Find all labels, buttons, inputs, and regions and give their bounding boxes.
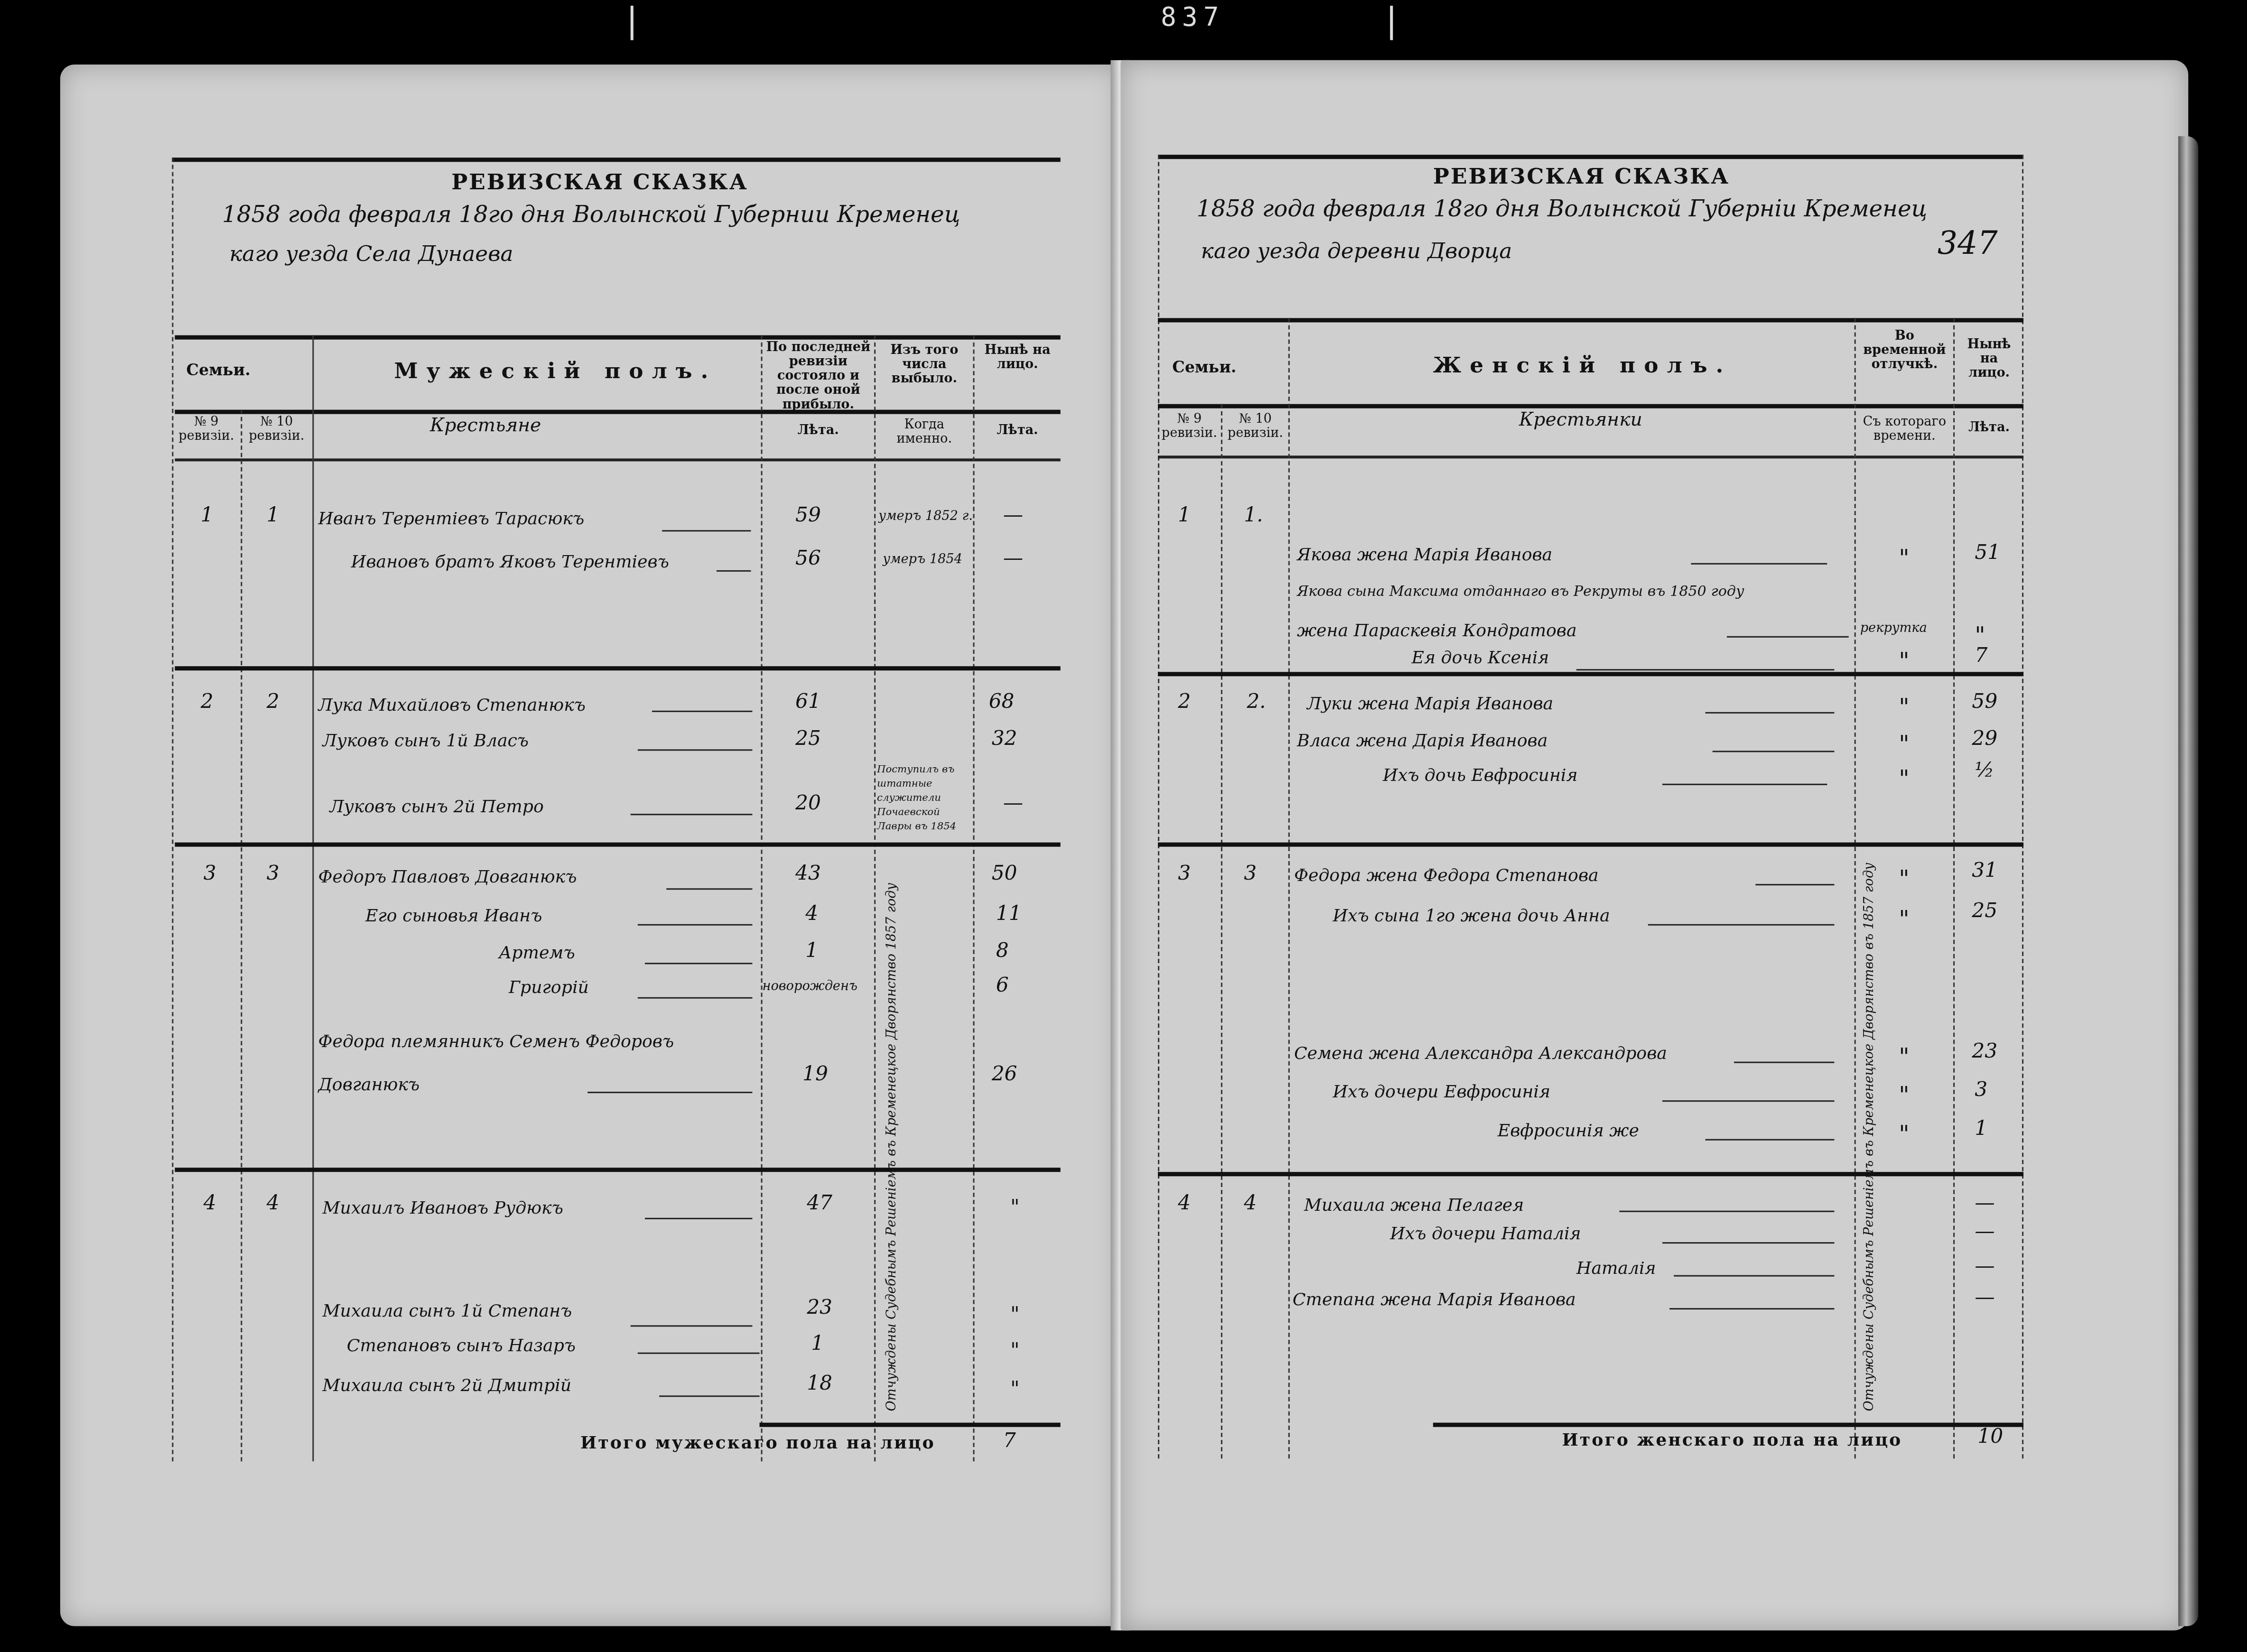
person-name: Якова жена Марія Иванова [1297,545,1552,565]
filler-dash [1669,1308,1834,1309]
filler-dash [1619,1211,1834,1212]
rev9-number: 3 [204,863,216,885]
person-name: жена Параскевія Кондратова [1297,621,1577,640]
age-last: 1 [811,1332,824,1355]
person-name: Михаила сынъ 2й Дмитрій [322,1375,571,1395]
rule [1158,404,2023,408]
rev10-number: 2. [1247,691,1266,714]
frame-line [2022,155,2023,1458]
absence-mark: " [1899,906,1909,933]
family-divider [175,1168,1060,1172]
rev10-number: 1. [1244,504,1263,527]
person-name: Михаила сынъ 1й Степанъ [322,1301,572,1321]
age-last: 20 [795,792,821,815]
age-last: 19 [802,1063,828,1086]
page-edge [2178,136,2198,1626]
filler-dash [717,570,751,572]
age-last: 43 [795,863,821,885]
filler-dash [666,888,752,890]
age-last: 59 [795,504,821,527]
filler-dash [638,997,753,999]
filler-dash [662,530,751,531]
rev10-number: 2 [267,691,280,714]
age-now: — [1975,1255,1995,1278]
col-line [1855,318,1856,1458]
person-name: Якова сына Максима отданнаго въ Рекруты … [1297,585,1744,600]
document-scan: 837 РЕВИЗСКАЯ СКАЗКА 1858 года февраля 1… [0,0,2247,1652]
form-title: РЕВИЗСКАЯ СКАЗКА [1433,163,1730,189]
total-value: 7 [1003,1430,1016,1453]
col-rev10: № 10 ревизіи. [1225,413,1286,441]
filler-dash [638,924,753,926]
filler-dash [631,1325,753,1327]
frame-line [1158,155,1159,1458]
filler-dash [1713,751,1835,752]
person-name: Его сыновья Иванъ [365,906,542,926]
person-name: Григорій [509,977,589,997]
estate-label: Крестьянки [1519,410,1642,431]
col-line [312,335,314,1462]
rule [175,335,1060,340]
age-now: — [1975,1192,1995,1215]
filler-dash [1662,1242,1834,1244]
absence-mark: " [1899,1120,1909,1147]
person-name: Евфросинія же [1498,1120,1639,1140]
col-present: Нынѣ на лицо. [978,344,1058,372]
age-now: " [1010,1378,1019,1401]
age-now: 11 [996,902,1022,925]
age-now: 1 [1975,1117,1987,1140]
absence-mark: " [1899,648,1909,675]
absence-mark: " [1899,765,1909,792]
age-now: — [1003,792,1023,815]
person-name: Степана жена Марія Иванова [1293,1290,1576,1309]
age-last: 18 [807,1373,832,1395]
col-departed: Изъ того числа выбыло. [878,344,970,387]
total-rule [759,1423,1060,1427]
age-last: 25 [795,728,821,751]
absence-mark: " [1899,731,1909,758]
side-note: Отчуждены Судебнымъ Решеніемъ въ Кремене… [1863,863,1877,1411]
col-absence: Во временной отлучкѣ. [1859,330,1950,373]
filler-dash [1576,669,1835,670]
age-now: 32 [992,728,1017,751]
person-name: Ихъ сына 1го жена дочь Анна [1333,906,1610,926]
form-title: РЕВИЗСКАЯ СКАЗКА [451,169,748,195]
age-now: 23 [1972,1040,1997,1063]
departed-note: умеръ 1852 г. [878,510,973,524]
family-divider [175,843,1060,847]
age-now: 29 [1972,728,1997,751]
age-now: " [1010,1304,1019,1327]
col-since-when: Съ котораго времени. [1859,416,1950,444]
person-name: Луки жена Марія Иванова [1307,694,1553,714]
filler-dash [652,711,752,712]
rev9-number: 4 [1178,1192,1191,1215]
col-families: Семьи. [186,364,251,378]
total-label: Итого мужескаго пола на лицо [580,1433,935,1453]
rev9-number: 4 [204,1192,216,1215]
person-name: Степановъ сынъ Назаръ [347,1335,576,1355]
person-name: Наталія [1576,1258,1656,1278]
person-name: Федоръ Павловъ Довганюкъ [318,867,577,887]
age-now: 25 [1972,900,1997,922]
age-now: 68 [989,691,1015,714]
person-name: Михаила жена Пелагея [1304,1195,1524,1215]
absence-mark: " [1899,1043,1909,1070]
rev9-number: 2 [1178,691,1191,714]
col-years: Лѣта. [765,424,871,438]
age-last: 23 [807,1297,832,1319]
person-name: Иванъ Терентіевъ Тарасюкъ [318,509,584,529]
person-name: Ивановъ братъ Яковъ Терентіевъ [351,552,669,572]
family-divider [1158,672,2023,676]
estate-label: Крестьяне [430,416,541,437]
col-sex-heading: Мужескій полъ. [394,358,717,384]
age-now: — [1003,504,1023,527]
rule [172,158,1060,162]
rev9-number: 2 [201,691,214,714]
absence-mark: рекрутка [1860,622,1927,636]
scan-marker [1390,6,1393,40]
total-rule [1433,1423,2023,1427]
col-line [761,335,763,1462]
folio-number: 347 [1938,226,1998,262]
age-now: 6 [996,974,1009,997]
person-name: Власа жена Дарія Иванова [1297,731,1548,751]
age-last: 56 [795,548,821,570]
col-when: Когда именно. [878,418,970,447]
age-now: 8 [996,940,1009,963]
absence-mark: " [1899,1082,1909,1109]
filler-dash [1691,563,1827,565]
age-now: 31 [1972,860,1997,882]
rev9-number: 1 [201,504,214,527]
age-now: — [1975,1287,1995,1309]
person-name: Михаилъ Ивановъ Рудюкъ [322,1198,563,1218]
departed-note: умеръ 1854 [883,553,962,567]
rev10-number: 4 [267,1192,280,1215]
col-line [1288,318,1290,1458]
col-line [1953,318,1955,1458]
col-line [1221,404,1222,1459]
age-last: 61 [795,691,821,714]
age-now: 7 [1975,645,1987,668]
filler-dash [1734,1062,1834,1063]
scan-marker [631,6,634,40]
filler-dash [1662,784,1827,785]
rule [1158,455,2023,458]
col-families: Семьи. [1172,361,1236,375]
col-present: Нынѣ на лицо. [1958,338,2021,381]
age-now: 51 [1975,541,2000,564]
rule [175,410,1060,414]
col-rev9: № 9 ревизіи. [175,416,238,444]
absence-mark: " [1899,865,1909,892]
rule [175,458,1060,461]
filler-dash [1727,636,1849,638]
person-name: Ихъ дочери Наталія [1390,1224,1581,1244]
header-line-1: 1858 года февраля 18го дня Волынской Губ… [222,201,960,228]
person-name: Артемъ [499,943,575,963]
age-now: ½ [1975,759,1994,782]
col-rev10: № 10 ревизіи. [243,416,309,444]
col-sex-heading: Женскій полъ. [1433,353,1732,378]
rev9-number: 3 [1178,863,1191,885]
header-line-1: 1858 года февраля 18го дня Волынской Губ… [1197,195,1928,222]
side-note: Отчуждены Судебнымъ Решеніемъ въ Кремене… [886,883,900,1411]
archive-stamp: 837 [1161,3,1224,33]
col-last-revision: По последней ревизіи состояло и после он… [765,341,871,413]
age-now: " [1010,1340,1019,1363]
filler-dash [1706,1139,1835,1141]
filler-dash [659,1395,759,1397]
filler-dash [638,749,753,751]
col-line [973,335,974,1462]
rule [1158,155,2023,159]
person-name: Луковъ сынъ 2й Петро [330,797,544,817]
header-line-2: каго уезда деревни Дворца [1201,238,1512,263]
family-divider [175,666,1060,670]
filler-dash [1755,884,1834,885]
rev9-number: 1 [1178,504,1191,527]
age-now: 26 [992,1063,1017,1086]
departed-note: Поступилъ въ штатные служители Почаевско… [877,762,971,834]
filler-dash [1674,1275,1834,1277]
person-name: Ихъ дочери Евфросинія [1333,1082,1550,1102]
family-divider [1158,843,2023,847]
rev10-number: 3 [267,863,280,885]
age-last: 4 [805,902,818,925]
filler-dash [587,1092,752,1093]
filler-dash [638,1353,760,1354]
frame-line [172,158,173,1461]
age-last: 47 [807,1192,832,1215]
age-last: 1 [805,940,818,963]
person-name: Ихъ дочь Евфросинія [1383,765,1577,785]
absence-mark: " [1899,694,1909,721]
age-now: — [1003,548,1023,570]
total-value: 10 [1977,1426,2003,1448]
filler-dash [631,814,753,815]
rev10-number: 4 [1244,1192,1257,1215]
col-rev9: № 9 ревизіи. [1161,413,1218,441]
age-now: 50 [992,863,1017,885]
person-name: Семена жена Александра Александрова [1294,1043,1667,1063]
rev10-number: 3 [1244,863,1257,885]
filler-dash [645,1218,752,1219]
absence-mark: " [1899,545,1909,572]
filler-dash [1648,924,1835,926]
rev10-number: 1 [267,504,280,527]
filler-dash [1706,712,1835,714]
total-label: Итого женскаго пола на лицо [1562,1430,1902,1450]
col-years-now: Лѣта. [978,424,1058,438]
col-line [241,410,242,1462]
age-last: новорожденъ [763,980,858,994]
col-years: Лѣта. [1958,421,2021,436]
age-now: — [1975,1221,1995,1244]
person-name: Федора жена Федора Степанова [1294,865,1599,885]
age-now: 3 [1975,1079,1987,1102]
age-now: " [1010,1197,1019,1219]
filler-dash [645,963,752,964]
rule [1158,318,2023,322]
person-name: Лука Михайловъ Степанюкъ [318,695,586,715]
age-now: 59 [1972,691,1997,714]
col-line [874,335,876,1462]
header-line-2: каго уезда Села Дунаева [229,241,513,266]
filler-dash [1662,1100,1834,1102]
family-divider [1158,1172,2023,1176]
person-name: Ея дочь Ксенія [1412,648,1549,668]
person-name: Луковъ сынъ 1й Власъ [322,731,529,751]
